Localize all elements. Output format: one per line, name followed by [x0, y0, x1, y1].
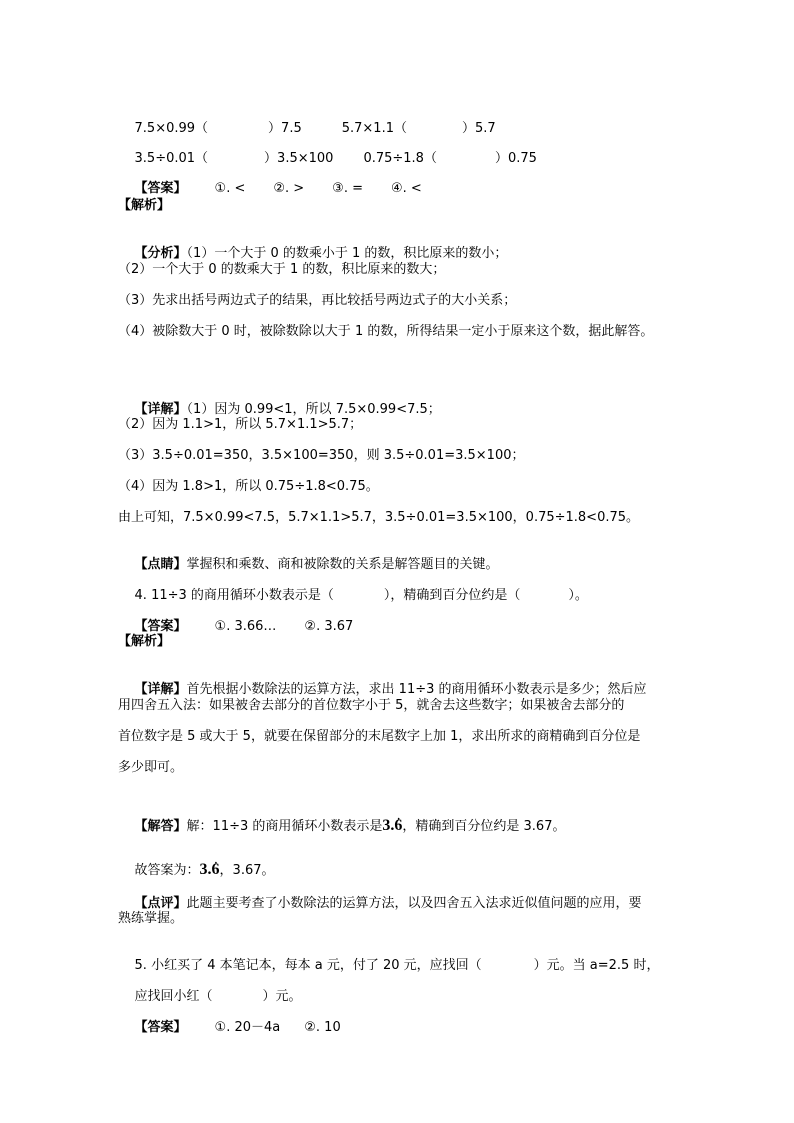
q4-xiangjie-line-2: 用四舍五入法：如果被舍去部分的首位数字小于 5，就舍去这些数字；如果被舍去部分的: [118, 698, 624, 714]
answer-label: 【答案】: [135, 619, 187, 634]
q4-question-part-c: ）。: [568, 588, 588, 603]
q3-xiangjie-line-4: （4）因为 1.8>1，所以 0.75÷1.8<0.75。: [118, 479, 379, 495]
q3-xiangjie-line-5: 由上可知，7.5×0.99<7.5，5.7×1.1>5.7，3.5÷0.01=3…: [118, 510, 639, 526]
answer-item: ②. 3.67: [304, 619, 353, 634]
dianping-text: 此题主要考查了小数除法的运算方法，以及四舍五入法求近似值问题的应用，要: [187, 896, 642, 911]
dianjing-label: 【点睛】: [135, 557, 187, 572]
answer-item: ②. >: [273, 181, 304, 196]
answer-item: ②. 10: [304, 1020, 340, 1035]
recurring-dot-icon: ·: [214, 856, 217, 872]
q3-fenxi-line-4: （4）被除数大于 0 时，被除数除以大于 1 的数，所得结果一定小于原来这个数，…: [118, 324, 653, 340]
q3-row2-expr-b: 0.75÷1.8（: [363, 151, 437, 166]
q4-dianping-line-1: 【点评】此题主要考查了小数除法的运算方法，以及四舍五入法求近似值问题的应用，要: [118, 880, 642, 928]
q5-text-b: ）元。当 a=2.5 时，: [534, 958, 660, 973]
q4-question-part-b: ），精确到百分位约是（: [384, 588, 521, 603]
q4-xiangjie-line-4: 多少即可。: [118, 760, 183, 776]
final-text-b: ，3.67。: [220, 863, 275, 878]
final-text-a: 故答案为：: [135, 863, 200, 878]
fenxi-text: （1）一个大于 0 的数乘小于 1 的数，积比原来的数小；: [187, 246, 508, 261]
answer-item: ①. 3.66…: [215, 619, 277, 634]
q3-row1-expr-a: 7.5×0.99（: [135, 121, 209, 136]
q4-analysis-label: 【解析】: [118, 634, 170, 650]
q3-row2-rhs-a: ）3.5×100: [264, 151, 333, 166]
q3-row1-rhs-a: ）7.5: [268, 121, 302, 136]
recurring-dot-icon: ·: [397, 812, 400, 828]
recurring-decimal: 3.6·: [200, 862, 220, 878]
q4-xiangjie-line-3: 首位数字是 5 或大于 5，就要在保留部分的末尾数字上加 1，求出所求的商精确到…: [118, 729, 640, 745]
answer-label: 【答案】: [135, 1020, 187, 1035]
fenxi-label: 【分析】: [135, 246, 187, 261]
q3-analysis-label: 【解析】: [118, 198, 170, 214]
q3-row1-expr-b: 5.7×1.1（: [342, 121, 407, 136]
answer-item: ④. <: [391, 181, 422, 196]
dianjing-text: 掌握积和乘数、商和被除数的关系是解答题目的关键。: [187, 557, 499, 572]
xiangjie-label: 【详解】: [135, 402, 187, 417]
q3-xiangjie-line-3: （3）3.5÷0.01=350，3.5×100=350，则 3.5÷0.01=3…: [118, 448, 525, 464]
q5-text-a: 5. 小红买了 4 本笔记本，每本 a 元，付了 20 元，应找回（: [135, 958, 482, 973]
xiangjie-text: （1）因为 0.99<1，所以 7.5×0.99<7.5；: [187, 402, 441, 417]
document-page: 7.5×0.99（）7.55.7×1.1（）5.7 3.5÷0.01（）3.5×…: [0, 0, 794, 1123]
jieda-text-a: 解：11÷3 的商用循环小数表示是: [187, 819, 383, 834]
q3-row2-rhs-b: ）0.75: [495, 151, 537, 166]
dianping-label: 【点评】: [135, 896, 187, 911]
q3-xiangjie-line-2: （2）因为 1.1>1，所以 5.7×1.1>5.7；: [118, 417, 362, 433]
answer-item: ①. 20－4a: [215, 1020, 281, 1035]
answer-item: ①. <: [215, 181, 246, 196]
q5-text-c: 应找回小红（: [135, 989, 213, 1004]
q5-text-d: ）元。: [263, 989, 302, 1004]
q3-fenxi-line-3: （3）先求出括号两边式子的结果，再比较括号两边式子的大小关系；: [118, 293, 516, 309]
jieda-text-b: ，精确到百分位约是 3.67。: [402, 819, 565, 834]
jieda-label: 【解答】: [135, 819, 187, 834]
q3-fenxi-line-2: （2）一个大于 0 的数乘大于 1 的数，积比原来的数大；: [118, 262, 445, 278]
q4-jieda: 【解答】解：11÷3 的商用循环小数表示是3.6·，精确到百分位约是 3.67。: [118, 802, 565, 851]
q3-row1-rhs-b: ）5.7: [462, 121, 496, 136]
q5-answer: 【答案】①. 20－4a②. 10: [118, 1004, 341, 1052]
q4-question-part-a: 4. 11÷3 的商用循环小数表示是（: [135, 588, 334, 603]
answer-label: 【答案】: [135, 181, 187, 196]
recurring-decimal: 3.6·: [382, 818, 402, 834]
q3-row2-expr-a: 3.5÷0.01（: [135, 151, 209, 166]
q4-dianping-line-2: 熟练掌握。: [118, 911, 183, 927]
xiangjie-label: 【详解】: [135, 682, 187, 697]
xiangjie-text: 首先根据小数除法的运算方法，求出 11÷3 的商用循环小数表示是多少；然后应: [187, 682, 647, 697]
answer-item: ③. =: [332, 181, 363, 196]
